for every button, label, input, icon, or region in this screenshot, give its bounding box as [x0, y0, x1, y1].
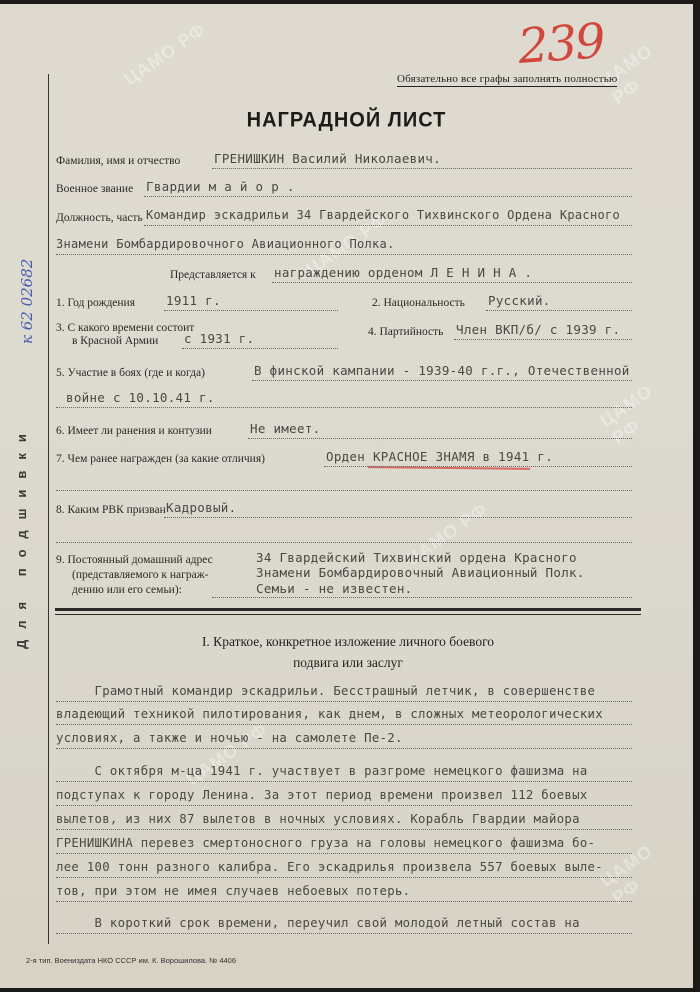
army-since-label-line2: в Красной Армии — [72, 335, 158, 347]
previous-award-underlined: КРАСНОЕ ЗНАМЯ — [373, 449, 475, 464]
field-line — [56, 901, 632, 902]
address-value-line2: Знамени Бомбардировочный Авиационный Пол… — [256, 565, 585, 580]
watermark: ЦАМО РФ — [596, 821, 693, 909]
narrative-line: вылетов, из них 87 вылетов в ночных усло… — [56, 812, 580, 826]
field-line — [144, 225, 632, 226]
printer-imprint: 2-я тип. Воениздата НКО СССР им. К. Воро… — [26, 956, 236, 965]
field-line — [248, 438, 632, 439]
rvk-label: 8. Каким РВК призван — [56, 504, 166, 516]
battles-label: 5. Участие в боях (где и когда) — [56, 367, 205, 379]
field-line — [56, 724, 632, 725]
archive-note-handwritten: к 62 02682 — [18, 259, 36, 344]
field-line — [56, 254, 632, 255]
battles-value-line2: войне с 10.10.41 г. — [66, 390, 215, 405]
party-value: Член ВКП/б/ с 1939 г. — [456, 322, 620, 337]
rank-value: Гвардии м а й о р . — [146, 179, 295, 194]
field-line — [486, 310, 632, 311]
field-line — [56, 701, 632, 702]
field-line — [56, 407, 632, 408]
previous-awards-label: 7. Чем ранее награжден (за какие отличия… — [56, 453, 265, 465]
narrative-line: подступах к городу Ленина. За этот перио… — [56, 788, 588, 802]
watermark: ЦАМО РФ — [596, 21, 693, 109]
rank-label: Военное звание — [56, 183, 133, 195]
section-divider — [55, 608, 641, 611]
field-line — [212, 168, 632, 169]
field-line — [144, 196, 632, 197]
award-sheet-page: ЦАМО РФ ЦАМО РФ ЦАМО РФ ЦАМО РФ ЦАМО РФ … — [0, 4, 693, 988]
narrative-line: тов, при этом не имея случаев небоевых п… — [56, 884, 410, 898]
field-line — [56, 748, 632, 749]
narrative-line: В короткий срок времени, переучил свой м… — [56, 916, 580, 930]
nominated-for-label: Представляется к — [170, 269, 256, 281]
rvk-value: Кадровый. — [166, 500, 236, 515]
wounds-label: 6. Имеет ли ранения и контузии — [56, 425, 212, 437]
field-line — [56, 853, 632, 854]
party-label: 4. Партийность — [368, 326, 443, 338]
birth-year-label: 1. Год рождения — [56, 297, 135, 309]
nationality-label: 2. Национальность — [372, 297, 465, 309]
narrative-line: ГРЕНИШКИНА перевез смертоносного груза н… — [56, 836, 595, 850]
field-line — [56, 490, 632, 491]
archive-number-handwritten: 239 — [516, 13, 605, 75]
binding-margin-line — [48, 74, 49, 944]
watermark: ЦАМО РФ — [121, 19, 210, 90]
birth-year-value: 1911 г. — [166, 293, 221, 308]
nominated-for-value: награждению орденом Л Е Н И Н А . — [274, 265, 532, 280]
previous-awards-value: Орден КРАСНОЕ ЗНАМЯ в 1941 г. — [326, 449, 553, 464]
narrative-line: С октября м-ца 1941 г. участвует в разгр… — [56, 764, 588, 778]
field-line — [56, 877, 632, 878]
field-line — [454, 339, 632, 340]
field-line — [252, 380, 632, 381]
field-line — [56, 781, 632, 782]
nationality-value: Русский. — [488, 293, 551, 308]
section1-heading-line2: подвига или заслуг — [55, 652, 641, 673]
watermark: ЦАМО РФ — [183, 719, 272, 790]
wounds-value: Не имеет. — [250, 421, 320, 436]
field-line — [56, 805, 632, 806]
fill-all-fields-notice: Обязательно все графы заполнять полность… — [397, 73, 617, 87]
army-since-label-line1: 3. С какого времени состоит — [56, 322, 194, 334]
narrative-line: владеющий техникой пилотирования, как дн… — [56, 707, 603, 721]
full-name-value: ГРЕНИШКИН Василий Николаевич. — [214, 151, 441, 166]
section1-heading-line1: I. Краткое, конкретное изложение личного… — [55, 631, 641, 652]
document-title: НАГРАДНОЙ ЛИСТ — [0, 108, 693, 133]
position-value-line1: Командир эскадрильи 34 Гвардейского Тихв… — [146, 208, 620, 222]
narrative-line: Грамотный командир эскадрильи. Бесстрашн… — [56, 684, 595, 698]
full-name-label: Фамилия, имя и отчество — [56, 155, 180, 167]
field-line — [324, 466, 632, 467]
address-value-line1: 34 Гвардейский Тихвинский ордена Красног… — [256, 550, 577, 565]
battles-value-line1: В финской кампании - 1939-40 г.г., Отече… — [254, 363, 630, 378]
address-value-line3: Семьи - не известен. — [256, 581, 413, 596]
address-label-line3: дению или его семьи): — [72, 584, 182, 596]
field-line — [212, 597, 632, 598]
narrative-line: лее 100 тонн разного калибра. Его эскадр… — [56, 860, 603, 874]
binding-margin-label: Для подшивки — [14, 423, 29, 649]
army-since-value: с 1931 г. — [184, 331, 254, 346]
field-line — [182, 348, 338, 349]
narrative-line: условиях, а также и ночью - на самолете … — [56, 731, 403, 745]
field-line — [56, 933, 632, 934]
section-divider — [55, 614, 641, 615]
field-line — [164, 517, 632, 518]
field-line — [272, 282, 632, 283]
address-label-line1: 9. Постоянный домашний адрес — [56, 554, 213, 566]
field-line — [56, 542, 632, 543]
field-line — [164, 310, 338, 311]
position-label: Должность, часть — [56, 212, 143, 224]
position-value-line2: Знамени Бомбардировочного Авиационного П… — [56, 237, 395, 251]
field-line — [56, 829, 632, 830]
address-label-line2: (представляемого к награж- — [72, 569, 208, 581]
